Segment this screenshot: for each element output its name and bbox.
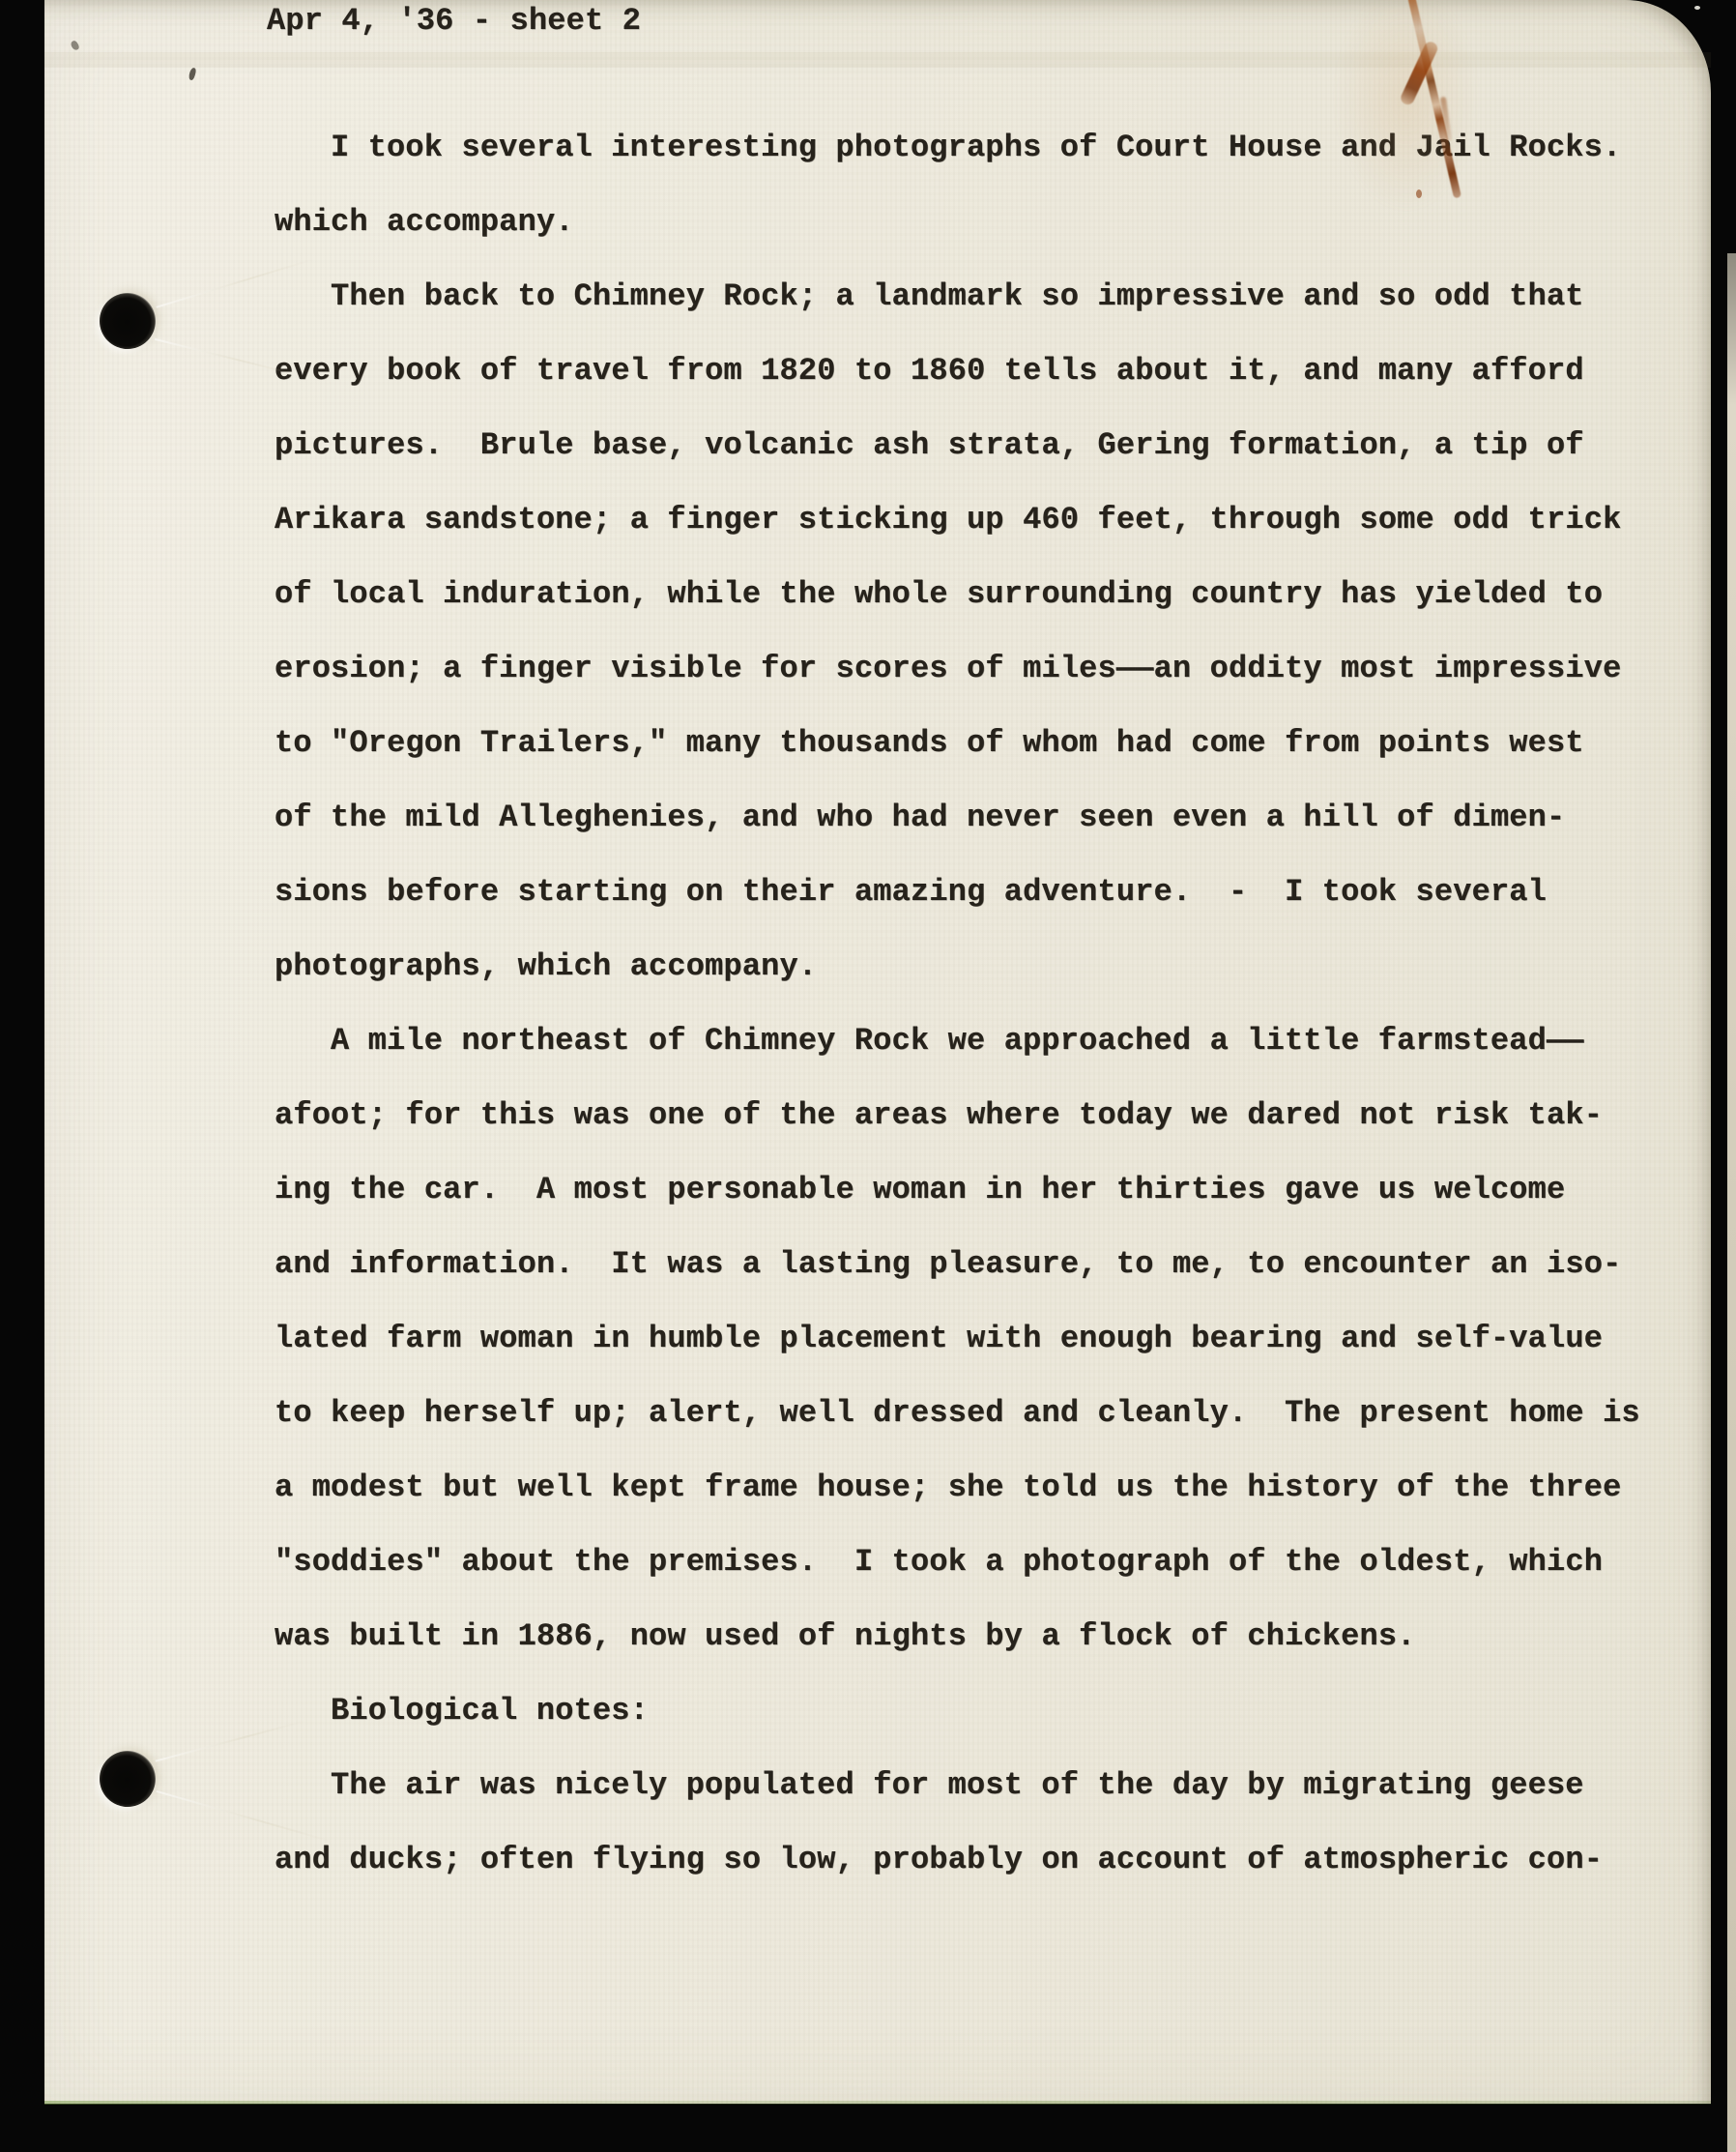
paper-sheet: Apr 4, '36 - sheet 2 I took several inte… — [44, 0, 1711, 2104]
text-line: and information. It was a lasting pleasu… — [275, 1248, 1686, 1323]
rust-stain-speck — [1416, 189, 1422, 198]
text-line: to keep herself up; alert, well dressed … — [275, 1397, 1686, 1471]
document-body: I took several interesting photographs o… — [275, 131, 1686, 1918]
text-line: Then back to Chimney Rock; a landmark so… — [275, 280, 1686, 355]
ink-speck — [70, 40, 80, 51]
text-line: of local induration, while the whole sur… — [275, 578, 1686, 653]
text-line: ing the car. A most personable woman in … — [275, 1174, 1686, 1248]
page-header: Apr 4, '36 - sheet 2 — [267, 5, 641, 38]
text-line: erosion; a finger visible for scores of … — [275, 653, 1686, 727]
text-line: photographs, which accompany. — [275, 950, 1686, 1025]
text-line: "soddies" about the premises. I took a p… — [275, 1546, 1686, 1620]
text-line: and ducks; often flying so low, probably… — [275, 1844, 1686, 1918]
text-line: of the mild Alleghenies, and who had nev… — [275, 801, 1686, 876]
scanned-document-page: { "doc": { "header": "Apr 4, '36 - sheet… — [0, 0, 1736, 2152]
punch-hole — [100, 293, 156, 349]
text-line: a modest but well kept frame house; she … — [275, 1471, 1686, 1546]
adjacent-page-edge — [1727, 253, 1736, 2152]
text-line: which accompany. — [275, 206, 1686, 280]
text-line: A mile northeast of Chimney Rock we appr… — [275, 1025, 1686, 1099]
text-line: sions before starting on their amazing a… — [275, 876, 1686, 950]
ink-speck — [188, 67, 197, 80]
text-line: Biological notes: — [275, 1695, 1686, 1769]
dust-speck — [1694, 6, 1700, 10]
text-line: lated farm woman in humble placement wit… — [275, 1323, 1686, 1397]
text-line: every book of travel from 1820 to 1860 t… — [275, 355, 1686, 429]
text-line: to "Oregon Trailers," many thousands of … — [275, 727, 1686, 801]
text-line: was built in 1886, now used of nights by… — [275, 1620, 1686, 1695]
punch-hole — [100, 1751, 156, 1807]
text-line: The air was nicely populated for most of… — [275, 1769, 1686, 1844]
text-line: afoot; for this was one of the areas whe… — [275, 1099, 1686, 1174]
text-line: pictures. Brule base, volcanic ash strat… — [275, 429, 1686, 504]
text-line: Arikara sandstone; a finger sticking up … — [275, 504, 1686, 578]
scanner-background: Apr 4, '36 - sheet 2 I took several inte… — [0, 0, 1736, 2152]
